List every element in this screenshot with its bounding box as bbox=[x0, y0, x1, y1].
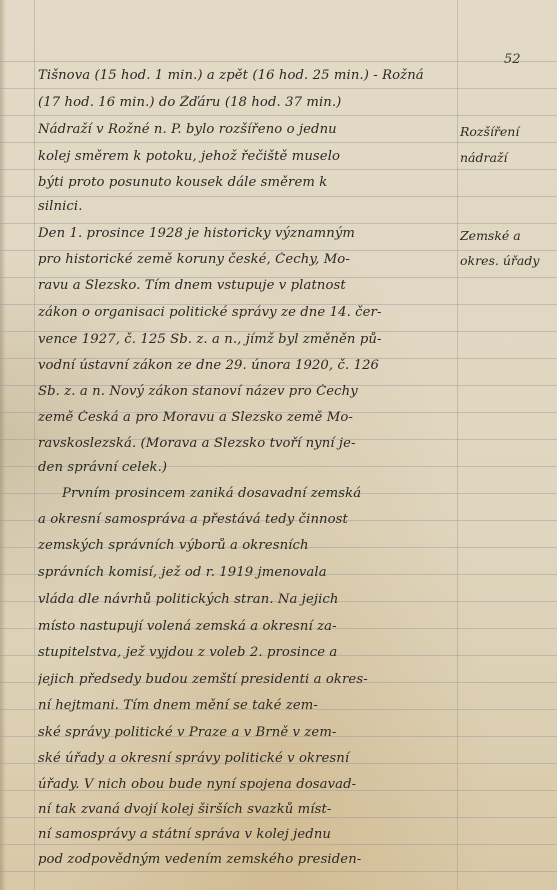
text-line: ní hejtmani. Tím dnem mění se také zem- bbox=[38, 698, 458, 713]
text-line: Sb. z. a n. Nový zákon stanoví název pro… bbox=[38, 384, 458, 399]
text-line: a okresní samospráva a přestává tedy čin… bbox=[38, 512, 458, 527]
left-margin-line bbox=[34, 0, 35, 890]
text-line: silnici. bbox=[38, 199, 458, 214]
page-number: 52 bbox=[504, 52, 521, 67]
text-line: Tišnova (15 hod. 1 min.) a zpět (16 hod.… bbox=[38, 68, 458, 83]
margin-note: Zemské a bbox=[460, 228, 557, 243]
ruled-line bbox=[0, 223, 557, 224]
text-line: místo nastupují volená zemská a okresní … bbox=[38, 619, 458, 634]
text-line: ravu a Slezsko. Tím dnem vstupuje v plat… bbox=[38, 278, 458, 293]
paragraph-start-line: Prvním prosincem zaniká dosavadní zemská bbox=[62, 486, 482, 501]
text-line: správních komisí, jež od r. 1919 jmenova… bbox=[38, 565, 458, 580]
ruled-line bbox=[0, 817, 557, 818]
text-line: vodní ústavní zákon ze dne 29. února 192… bbox=[38, 358, 458, 373]
text-line: země Česká a pro Moravu a Slezsko země M… bbox=[38, 410, 458, 425]
ruled-line bbox=[0, 142, 557, 143]
ruled-line bbox=[0, 844, 557, 845]
text-line: den správní celek.) bbox=[38, 460, 458, 475]
ruled-line bbox=[0, 61, 557, 62]
text-line: ní tak zvaná dvojí kolej širších svazků … bbox=[38, 802, 458, 817]
page-binding-edge bbox=[0, 0, 6, 890]
text-line: Nádraží v Rožné n. P. bylo rozšířeno o j… bbox=[38, 122, 458, 137]
text-line: ské úřady a okresní správy politické v o… bbox=[38, 751, 458, 766]
ruled-line bbox=[0, 115, 557, 116]
ruled-line bbox=[0, 250, 557, 251]
text-line: jejich předsedy budou zemští presidenti … bbox=[38, 672, 458, 687]
text-line: zemských správních výborů a okresních bbox=[38, 538, 458, 553]
text-line: Den 1. prosince 1928 je historicky význa… bbox=[38, 226, 458, 241]
text-line: ní samosprávy a státní správa v kolej je… bbox=[38, 827, 458, 842]
text-line: pod zodpovědným vedením zemského preside… bbox=[38, 852, 458, 867]
margin-note: nádraží bbox=[460, 150, 557, 165]
text-line: zákon o organisaci politické správy ze d… bbox=[38, 305, 458, 320]
text-line: (17 hod. 16 min.) do Žďáru (18 hod. 37 m… bbox=[38, 95, 458, 110]
text-line: ské správy politické v Praze a v Brně v … bbox=[38, 725, 458, 740]
text-line: stupitelstva, jež vyjdou z voleb 2. pros… bbox=[38, 645, 458, 660]
text-line: vláda dle návrhů politických stran. Na j… bbox=[38, 592, 458, 607]
text-line: vence 1927, č. 125 Sb. z. a n., jímž byl… bbox=[38, 332, 458, 347]
text-line: pro historické země koruny české, Čechy,… bbox=[38, 252, 458, 267]
ruled-line bbox=[0, 169, 557, 170]
ruled-line bbox=[0, 196, 557, 197]
ruled-line bbox=[0, 871, 557, 872]
text-line: kolej směrem k potoku, jehož řečiště mus… bbox=[38, 149, 458, 164]
margin-note: Rozšíření bbox=[460, 124, 557, 139]
manuscript-page: 52 Tišnova (15 hod. 1 min.) a zpět (16 h… bbox=[0, 0, 557, 890]
margin-note: okres. úřady bbox=[460, 253, 557, 268]
text-line: úřady. V nich obou bude nyní spojena dos… bbox=[38, 777, 458, 792]
text-line: býti proto posunuto kousek dále směrem k bbox=[38, 175, 458, 190]
ruled-line bbox=[0, 88, 557, 89]
text-line: ravskoslezská. (Morava a Slezsko tvoří n… bbox=[38, 436, 458, 451]
